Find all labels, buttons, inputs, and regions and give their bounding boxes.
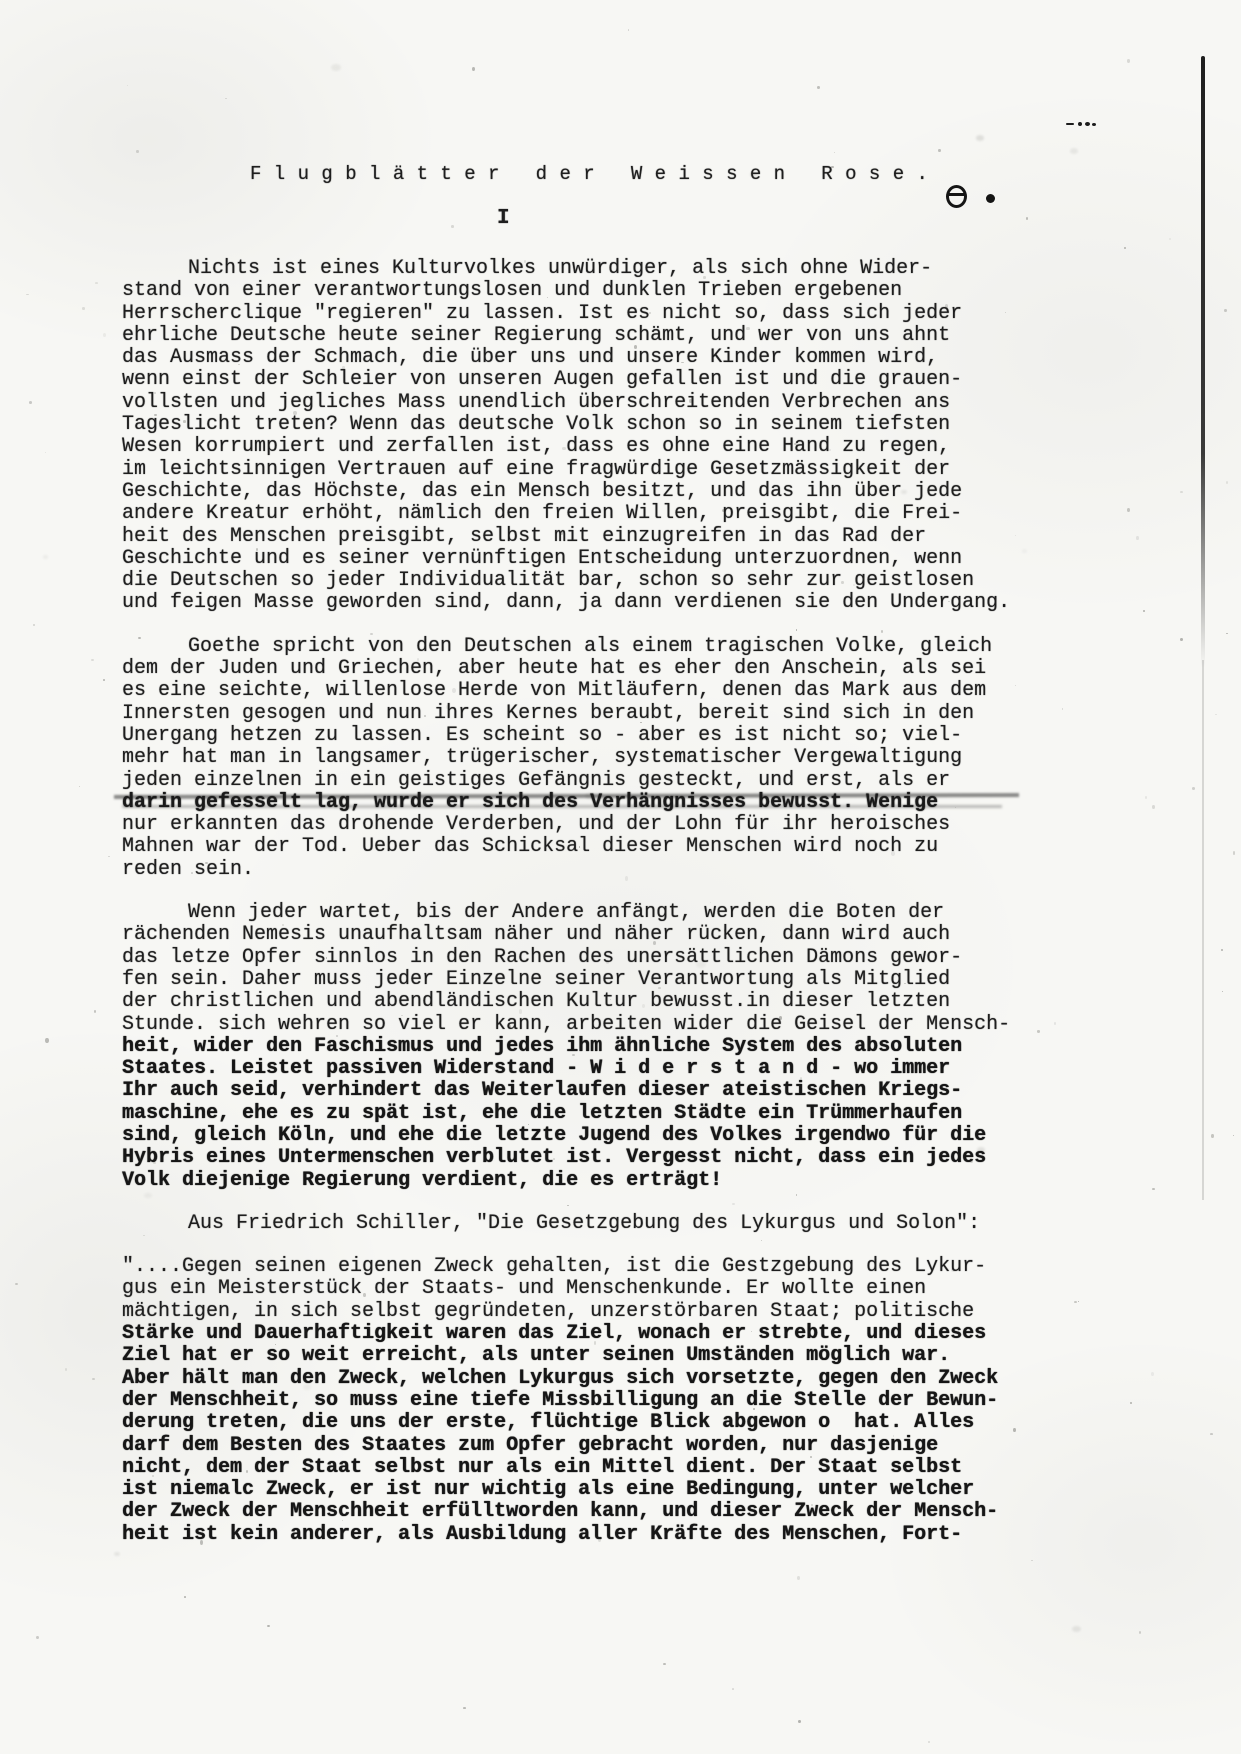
scan-dot-blot-artifact [986, 194, 995, 203]
text-line: Ziel hat er so weit erreicht, als unter … [122, 1345, 1122, 1367]
text-line: rächenden Nemesis unaufhaltsam näher und… [122, 924, 1122, 946]
text-line: Tageslicht treten? Wenn das deutsche Vol… [122, 414, 1122, 436]
text-line: der Menschheit, so muss eine tiefe Missb… [122, 1390, 1122, 1412]
text-line: Innersten gesogen und nun ihres Kernes b… [122, 703, 1122, 725]
text-line: Stärke und Dauerhaftigkeit waren das Zie… [122, 1323, 1122, 1345]
text-line: heit ist kein anderer, als Ausbildung al… [122, 1524, 1122, 1546]
text-line: andere Kreatur erhöht, nämlich den freie… [122, 503, 1122, 525]
text-line: "....Gegen seinen eigenen Zweck gehalten… [122, 1256, 1122, 1278]
document-body: Nichts ist eines Kulturvolkes unwürdiger… [122, 258, 1122, 1567]
text-line: der Zweck der Menschheit erfülltworden k… [122, 1501, 1122, 1523]
text-line: das Ausmass der Schmach, die über uns un… [122, 347, 1122, 369]
text-line: fen sein. Daher muss jeder Einzelne sein… [122, 969, 1122, 991]
text-line: Geschichte und es seiner vernünftigen En… [122, 548, 1122, 570]
scan-ring-blot-artifact [946, 185, 967, 208]
text-line: dem der Juden und Griechen, aber heute h… [122, 658, 1122, 680]
text-line: maschine, ehe es zu spät ist, ehe die le… [122, 1103, 1122, 1125]
text-line: Aber hält man den Zweck, welchen Lykurgu… [122, 1368, 1122, 1390]
text-line: reden sein. [122, 859, 1122, 881]
text-line: gus ein Meisterstück der Staats- und Men… [122, 1278, 1122, 1300]
text-line: Stunde. sich wehren so viel er kann, arb… [122, 1014, 1122, 1036]
section-numeral: I [497, 207, 510, 230]
text-line: Ihr auch seid, verhindert das Weiterlauf… [122, 1080, 1122, 1102]
text-line: darin gefesselt lag, wurde er sich des V… [122, 792, 1122, 814]
text-line: Goethe spricht von den Deutschen als ein… [122, 636, 1122, 658]
text-line: heit des Menschen preisgibt, selbst mit … [122, 526, 1122, 548]
text-line: und feigen Masse geworden sind, dann, ja… [122, 592, 1122, 614]
paragraph-3: Wenn jeder wartet, bis der Andere anfäng… [122, 902, 1122, 1192]
scanned-leaflet-page: F l u g b l ä t t e r d e r W e i s s e … [0, 0, 1241, 1754]
text-line: wenn einst der Schleier von unseren Auge… [122, 369, 1122, 391]
text-line: heit, wider den Faschismus und jedes ihm… [122, 1036, 1122, 1058]
text-line: das letze Opfer sinnlos in den Rachen de… [122, 947, 1122, 969]
text-line: mächtigen, in sich selbst gegründeten, u… [122, 1301, 1122, 1323]
text-line: nur erkannten das drohende Verderben, un… [122, 814, 1122, 836]
text-line: nicht, dem der Staat selbst nur als ein … [122, 1457, 1122, 1479]
text-line: mehr hat man in langsamer, trügerischer,… [122, 747, 1122, 769]
text-line: Volk diejenige Regierung verdient, die e… [122, 1170, 1122, 1192]
text-line: ehrliche Deutsche heute seiner Regierung… [122, 325, 1122, 347]
paragraph-1: Nichts ist eines Kulturvolkes unwürdiger… [122, 258, 1122, 615]
scan-dash-dots-artifact [1066, 120, 1108, 128]
text-line: Wesen korrumpiert und zerfallen ist, das… [122, 436, 1122, 458]
text-line: sind, gleich Köln, und ehe die letzte Ju… [122, 1125, 1122, 1147]
text-line: Mahnen war der Tod. Ueber das Schicksal … [122, 836, 1122, 858]
text-line: vollsten und jegliches Mass unendlich üb… [122, 392, 1122, 414]
scan-edge-line-faint-artifact [1202, 660, 1204, 1200]
text-line: jeden einzelnen in ein geistiges Gefängn… [122, 770, 1122, 792]
text-line: derung treten, die uns der erste, flücht… [122, 1412, 1122, 1434]
text-line: Hybris eines Untermenschen verblutet ist… [122, 1147, 1122, 1169]
document-title: F l u g b l ä t t e r d e r W e i s s e … [250, 163, 928, 185]
text-line: darf dem Besten des Staates zum Opfer ge… [122, 1435, 1122, 1457]
text-line: Nichts ist eines Kulturvolkes unwürdiger… [122, 258, 1122, 280]
text-line: der christlichen und abendländischen Kul… [122, 991, 1122, 1013]
text-line: Unergang hetzen zu lassen. Es scheint so… [122, 725, 1122, 747]
text-line: Herrscherclique "regieren" zu lassen. Is… [122, 303, 1122, 325]
text-line: Staates. Leistet passiven Widerstand - W… [122, 1058, 1122, 1080]
text-line: ist niemalc Zweck, er ist nur wichtig al… [122, 1479, 1122, 1501]
paragraph-2: Goethe spricht von den Deutschen als ein… [122, 636, 1122, 881]
text-line: stand von einer verantwortungslosen und … [122, 280, 1122, 302]
schiller-quote: "....Gegen seinen eigenen Zweck gehalten… [122, 1256, 1122, 1546]
schiller-source-heading: Aus Friedrich Schiller, "Die Gesetzgebun… [122, 1213, 1122, 1235]
scan-edge-line-artifact [1201, 56, 1205, 668]
text-line: im leichtsinnigen Vertrauen auf eine fra… [122, 459, 1122, 481]
text-line: Wenn jeder wartet, bis der Andere anfäng… [122, 902, 1122, 924]
text-line: die Deutschen so jeder Individualität ba… [122, 570, 1122, 592]
text-line: Geschichte, das Höchste, das ein Mensch … [122, 481, 1122, 503]
text-line: Aus Friedrich Schiller, "Die Gesetzgebun… [122, 1213, 1122, 1235]
text-line: es eine seichte, willenlose Herde von Mi… [122, 680, 1122, 702]
